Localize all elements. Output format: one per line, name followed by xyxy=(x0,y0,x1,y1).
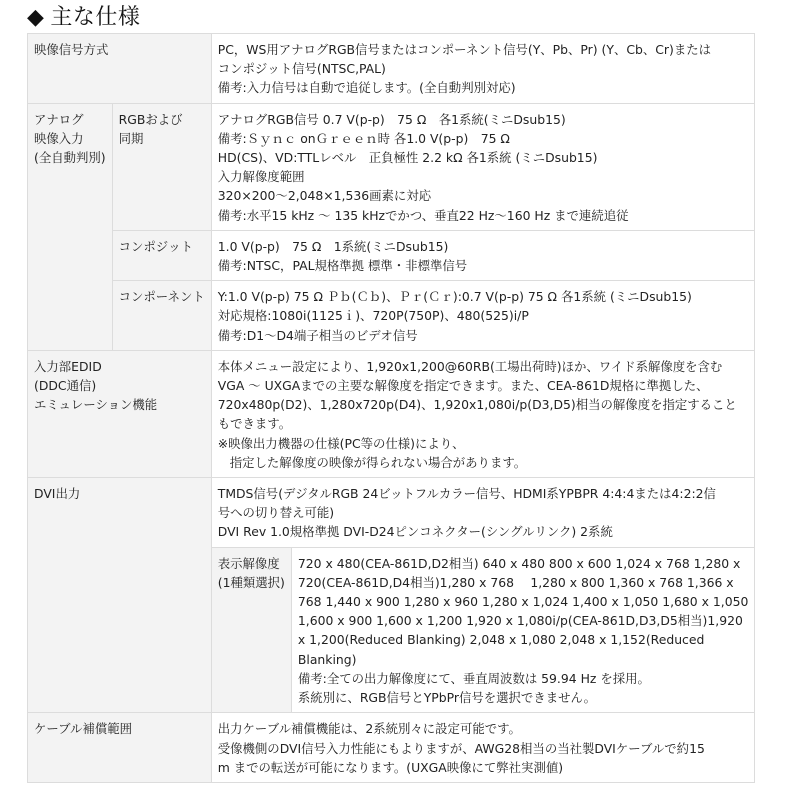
row-value-edid: 本体メニュー設定により、1,920x1,200@60RB(工場出荷時)ほか、ワイ… xyxy=(211,350,755,477)
row-value-rgb: アナログRGB信号 0.7 V(p-p) 75 Ω 各1系統(ミニDsub15)… xyxy=(211,103,755,230)
row-header: 映像信号方式 xyxy=(28,34,212,104)
row-header-dvi-output: DVI出力 xyxy=(28,478,212,713)
sub-header-rgb: RGBおよび 同期 xyxy=(112,103,211,230)
table-row-edid: 入力部EDID (DDC通信) エミュレーション機能 本体メニュー設定により、1… xyxy=(28,350,755,477)
row-value-component: Y:1.0 V(p-p) 75 Ω Ｐｂ(Ｃｂ)、Ｐｒ(Ｃｒ):0.7 V(p-… xyxy=(211,281,755,351)
sub-header-composite: コンポジット xyxy=(112,230,211,280)
table-row-cable: ケーブル補償範囲 出力ケーブル補償機能は、2系統別々に設定可能です。 受像機側の… xyxy=(28,713,755,783)
table-row-video-signal: 映像信号方式 PC，WS用アナログRGB信号またはコンポーネント信号(Y、Pb、… xyxy=(28,34,755,104)
row-value-display-resolution: 720 x 480(CEA-861D,D2相当) 640 x 480 800 x… xyxy=(291,547,754,713)
row-value-cable: 出力ケーブル補償機能は、2系統別々に設定可能です。 受像機側のDVI信号入力性能… xyxy=(211,713,755,783)
section-title-text: 主な仕様 xyxy=(50,5,140,30)
spec-table: 映像信号方式 PC，WS用アナログRGB信号またはコンポーネント信号(Y、Pb、… xyxy=(27,33,755,783)
section-title: ◆主な仕様 xyxy=(27,4,140,32)
sub-header-component: コンポーネント xyxy=(112,281,211,351)
diamond-icon: ◆ xyxy=(27,5,44,30)
row-value-dvi-output: TMDS信号(デジタルRGB 24ビットフルカラー信号、HDMI系YPBPR 4… xyxy=(211,478,755,548)
row-header-cable: ケーブル補償範囲 xyxy=(28,713,212,783)
row-value-composite: 1.0 V(p-p) 75 Ω 1系統(ミニDsub15) 備考:NTSC，PA… xyxy=(211,230,755,280)
table-row-component: コンポーネント Y:1.0 V(p-p) 75 Ω Ｐｂ(Ｃｂ)、Ｐｒ(Ｃｒ):… xyxy=(28,281,755,351)
table-row-composite: コンポジット 1.0 V(p-p) 75 Ω 1系統(ミニDsub15) 備考:… xyxy=(28,230,755,280)
sub-header-display-resolution: 表示解像度 (1種類選択) xyxy=(211,547,291,713)
row-header-analog-input: アナログ 映像入力 (全自動判別) xyxy=(28,103,113,350)
table-row-dvi-output: DVI出力 TMDS信号(デジタルRGB 24ビットフルカラー信号、HDMI系Y… xyxy=(28,478,755,548)
row-value: PC，WS用アナログRGB信号またはコンポーネント信号(Y、Pb、Pr) (Y、… xyxy=(211,34,755,104)
table-row-analog-rgb: アナログ 映像入力 (全自動判別) RGBおよび 同期 アナログRGB信号 0.… xyxy=(28,103,755,230)
row-header-edid: 入力部EDID (DDC通信) エミュレーション機能 xyxy=(28,350,212,477)
